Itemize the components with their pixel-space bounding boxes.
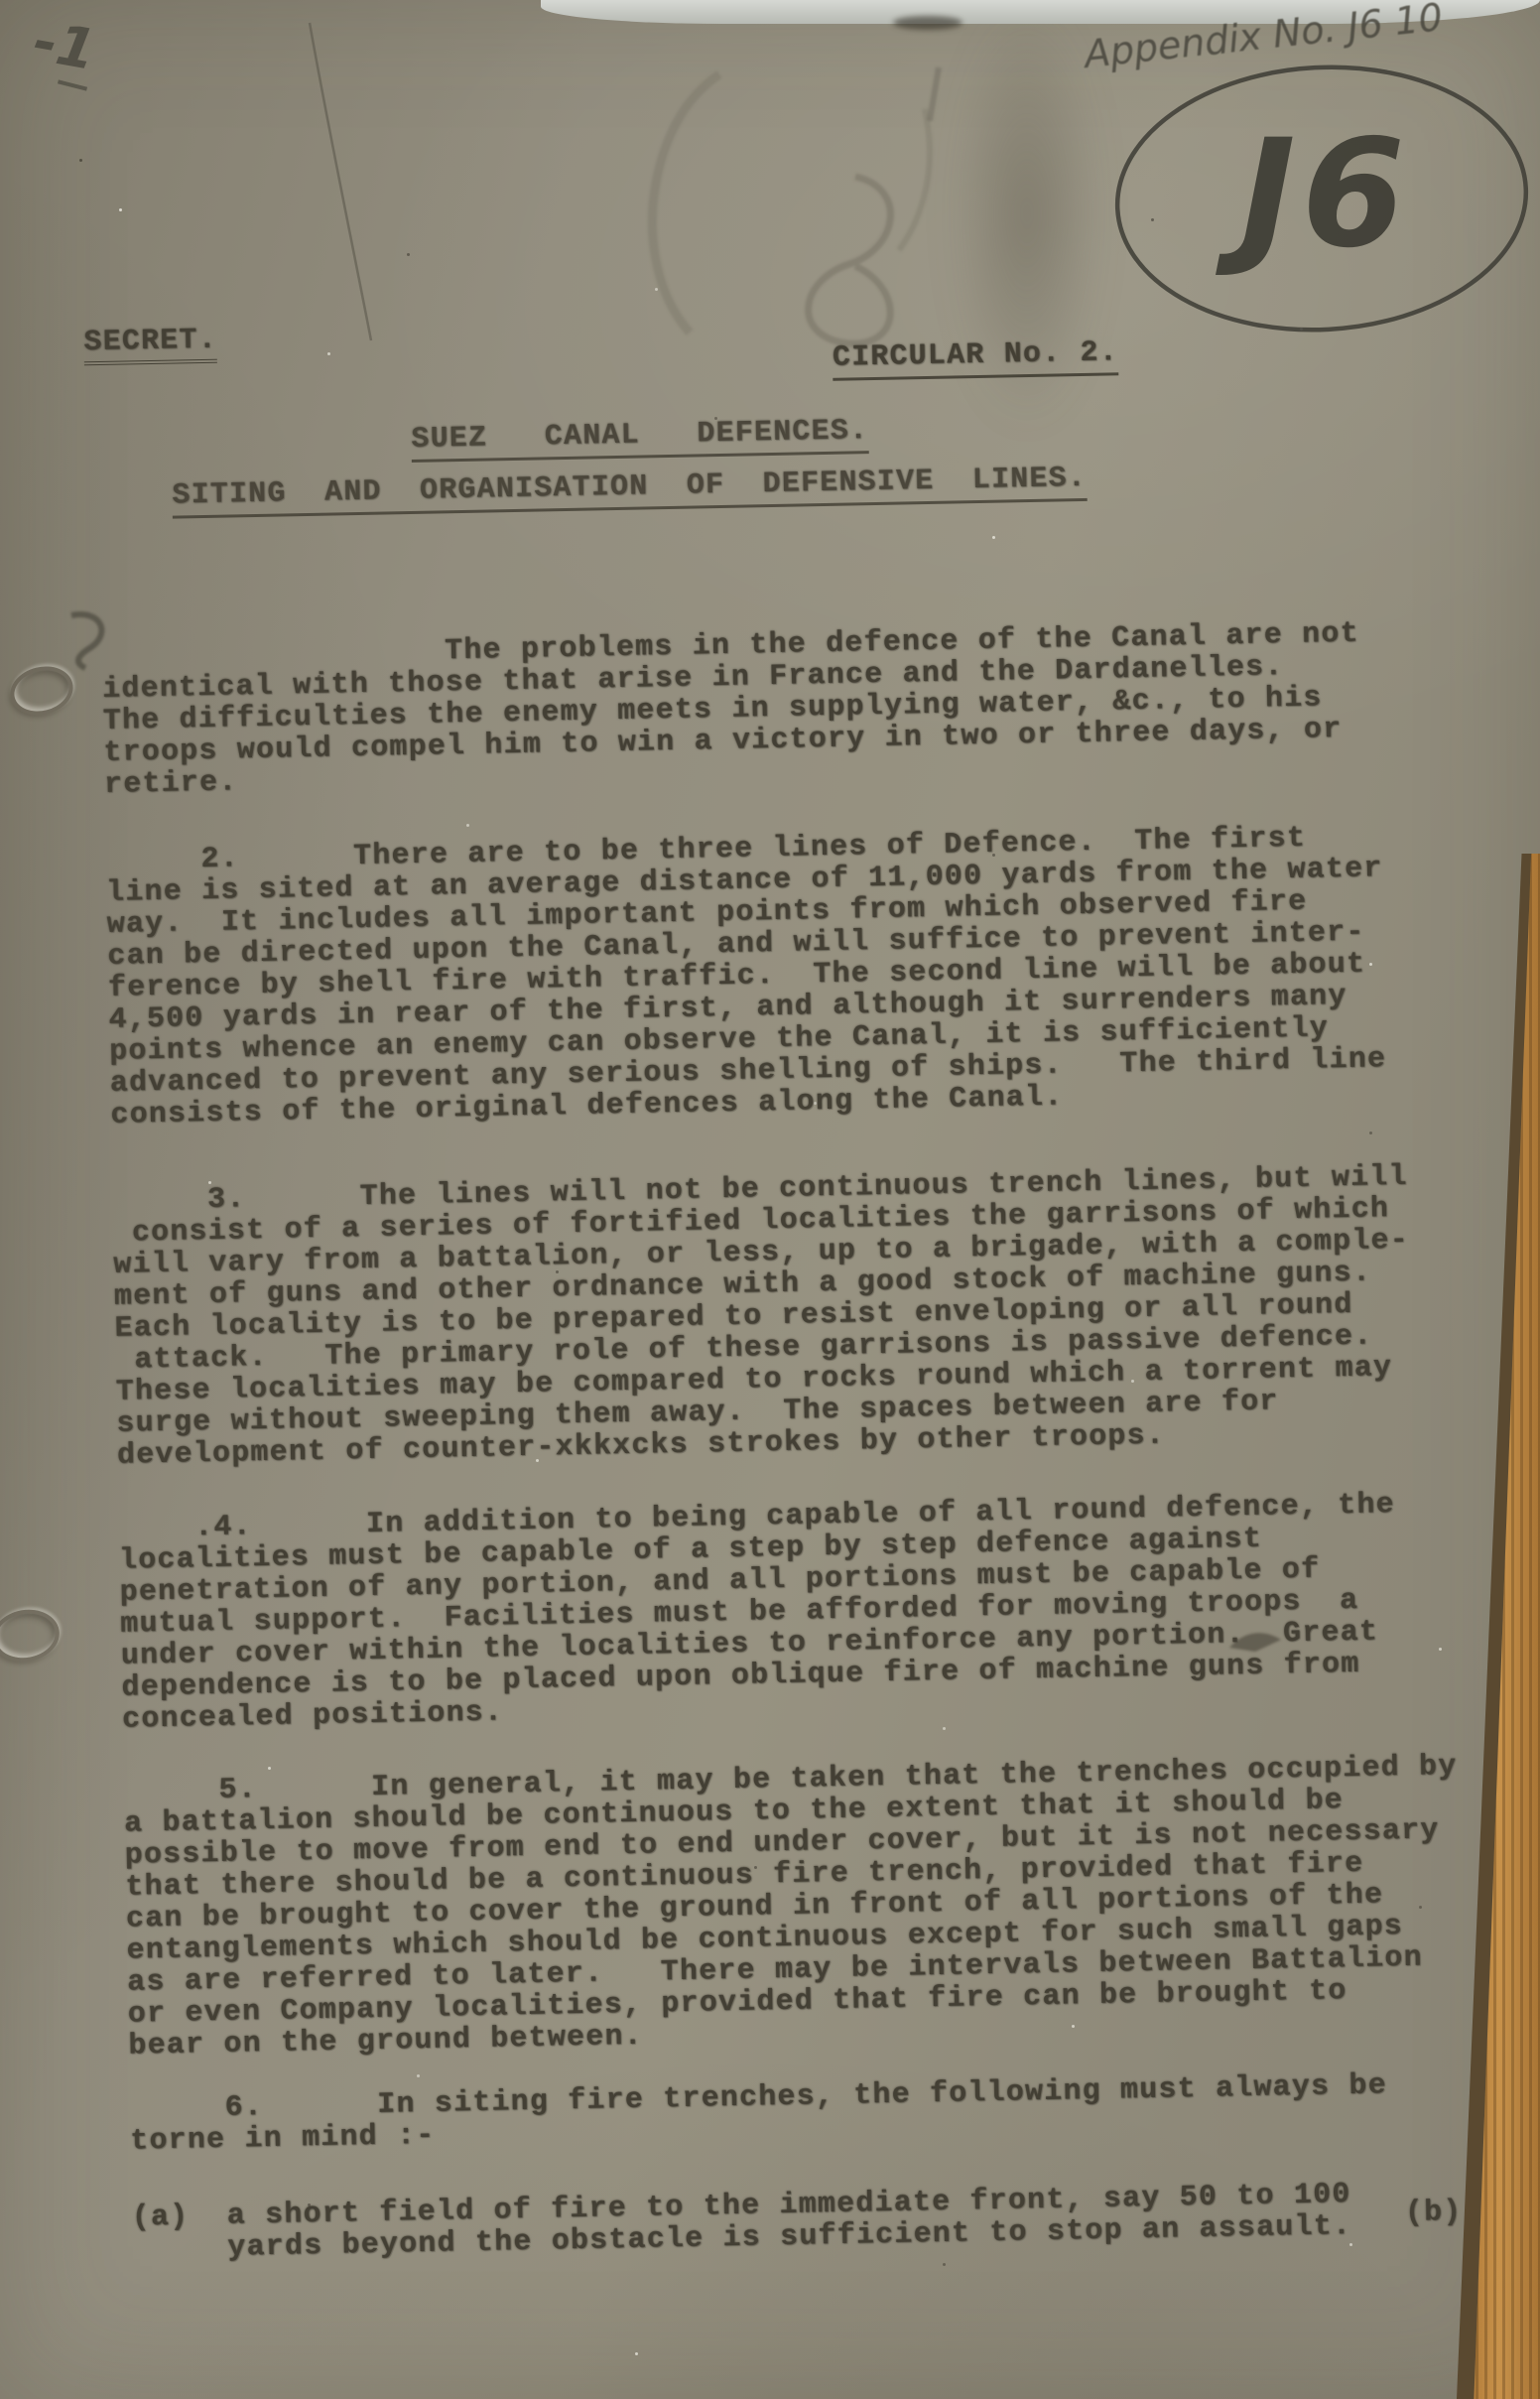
document-title: SUEZ CANAL DEFENCES. [411,414,869,463]
paragraph-6: 6. In siting fire trenches, the followin… [129,2069,1387,2157]
paragraph-2: 2. There are to be three lines of Defenc… [105,821,1387,1132]
document-scan-page: { "document": { "page_number": "-1", "ap… [0,0,1540,2399]
document-subtitle: SITING AND ORGANISATION OF DEFENSIVE LIN… [172,462,1087,519]
paragraph-4: .4. In addition to being capable of all … [118,1489,1399,1736]
paragraph-5: 5. In general, it may be taken that the … [123,1751,1463,2063]
circular-number: CIRCULAR No. 2. [833,335,1119,381]
typed-text-block: SECRET. CIRCULAR No. 2. SUEZ CANAL DEFEN… [69,0,1534,2399]
classification-marking: SECRET. [83,324,217,366]
paragraph-6a: (a) a short field of fire to the immedia… [131,2179,1351,2266]
paragraph-1: The problems in the defence of the Canal… [101,618,1361,801]
catchword-next-item: (b) [1405,2197,1463,2229]
paragraph-3: 3. The lines will not be continuous tren… [112,1161,1413,1472]
